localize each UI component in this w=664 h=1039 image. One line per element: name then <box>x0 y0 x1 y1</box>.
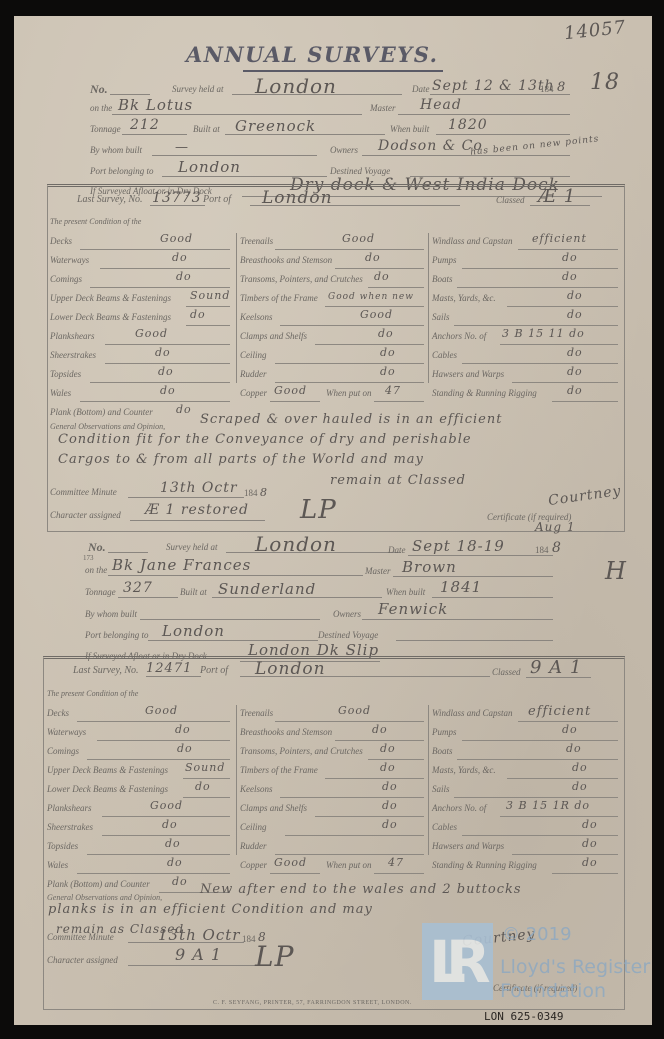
survey-held-value-2: London <box>255 532 337 556</box>
initials-2: LP <box>255 940 294 973</box>
sheerstrakes-label: Sheerstrakes <box>50 350 96 360</box>
character-assigned-value: Æ 1 restored <box>145 502 249 518</box>
document-title: ANNUAL SURVEYS. <box>186 42 438 67</box>
clamps-label: Clamps and Shelfs <box>240 331 307 341</box>
windlass-value: efficient <box>532 232 587 245</box>
port-of-value: London <box>262 188 333 208</box>
master-value: Head <box>420 97 462 113</box>
cables-label: Cables <box>432 350 457 360</box>
lower-deck-beams-label-2: Lower Deck Beams & Fastenings <box>47 784 168 794</box>
no-value-2: 173 <box>83 554 94 562</box>
anchors-value-2: 3 B 15 1R do <box>506 799 590 812</box>
plankshears-label: Plankshears <box>50 331 95 341</box>
copper-when-value: 47 <box>385 384 401 397</box>
copper-when-label: When put on <box>326 388 372 398</box>
owners-value: Dodson & Co <box>378 138 483 154</box>
masts-label-2: Masts, Yards, &c. <box>432 765 496 775</box>
decks-value: Good <box>160 232 193 245</box>
watermark-line-2: Foundation <box>500 980 606 1002</box>
comings-value-2: do <box>177 742 193 755</box>
topsides-value: do <box>158 365 174 378</box>
breasthooks-value-2: do <box>372 723 388 736</box>
rigging-value-2: do <box>582 856 598 869</box>
classed-label: Classed <box>496 195 525 205</box>
built-at-label-2: Built at <box>180 587 207 597</box>
breasthooks-label-2: Breasthooks and Stemson <box>240 727 332 737</box>
on-the-label: on the <box>90 103 112 113</box>
port-of-value-2: London <box>255 659 326 679</box>
no-label-2: No. <box>88 540 106 555</box>
transoms-label: Transoms, Pointers, and Crutches <box>240 274 363 284</box>
rigging-label: Standing & Running Rigging <box>432 388 537 398</box>
by-whom-built-label-2: By whom built <box>85 609 137 619</box>
timbers-value-2: do <box>380 761 396 774</box>
windlass-label: Windlass and Capstan <box>432 236 513 246</box>
copper-label-2: Copper <box>240 860 267 870</box>
tonnage-label: Tonnage <box>90 124 121 134</box>
master-value-2: Brown <box>402 558 457 576</box>
lr-logo-icon: L R <box>422 923 493 1000</box>
by-whom-built-value: — <box>175 140 189 155</box>
date-label: Date <box>412 84 430 94</box>
hawsers-value-2: do <box>582 837 598 850</box>
decks-value-2: Good <box>145 704 178 717</box>
rudder-label: Rudder <box>240 369 267 379</box>
comings-label: Comings <box>50 274 82 284</box>
port-belonging-label: Port belonging to <box>90 166 154 176</box>
last-survey-label-2: Last Survey, No. <box>73 665 139 676</box>
observation-line-1: Scraped & over hauled is in an efficient <box>200 412 502 427</box>
plank-bottom-label-2: Plank (Bottom) and Counter <box>47 879 150 889</box>
committee-minute-value-2: 13th Octr <box>158 926 240 944</box>
topsides-label-2: Topsides <box>47 841 78 851</box>
ceiling-label-2: Ceiling <box>240 822 267 832</box>
when-built-label-2: When built <box>386 587 425 597</box>
classed-label-2: Classed <box>492 667 521 677</box>
port-belonging-value: London <box>178 158 241 176</box>
watermark-line-1: Lloyd's Register <box>500 956 650 978</box>
anchors-value: 3 B 15 11 do <box>502 327 585 340</box>
port-of-label-2: Port of <box>200 665 228 676</box>
tonnage-value: 212 <box>130 117 160 133</box>
boats-label-2: Boats <box>432 746 453 756</box>
transoms-label-2: Transoms, Pointers, and Crutches <box>240 746 363 756</box>
clamps-value: do <box>378 327 394 340</box>
port-belonging-value-2: London <box>162 622 225 640</box>
side-mark-2: H <box>605 557 627 585</box>
decks-label: Decks <box>50 236 72 246</box>
committee-year-suffix: 8 <box>260 486 268 499</box>
breasthooks-value: do <box>365 251 381 264</box>
sails-value-2: do <box>572 780 588 793</box>
boats-value-2: do <box>566 742 582 755</box>
destined-voyage-label-2: Destined Voyage <box>318 630 378 640</box>
survey-held-value: London <box>255 74 337 98</box>
treenails-value: Good <box>342 232 375 245</box>
upper-deck-beams-value: Sound <box>190 289 230 302</box>
hawsers-label: Hawsers and Warps <box>432 369 504 379</box>
clamps-label-2: Clamps and Shelfs <box>240 803 307 813</box>
watermark-copyright: © 2019 <box>502 924 572 945</box>
lr-logo-letter-r: R <box>446 929 491 995</box>
owners-label-2: Owners <box>333 609 361 619</box>
observation-line-2: Condition fit for the Conveyance of dry … <box>58 432 472 447</box>
masts-value-2: do <box>572 761 588 774</box>
lower-deck-beams-value-2: do <box>195 780 211 793</box>
boats-label: Boats <box>432 274 453 284</box>
committee-minute-label-2: Committee Minute <box>47 932 114 942</box>
side-mark: 18 <box>590 70 620 95</box>
ceiling-value: do <box>380 346 396 359</box>
built-at-value-2: Sunderland <box>218 580 316 598</box>
survey-held-label: Survey held at <box>172 84 223 94</box>
masts-value: do <box>567 289 583 302</box>
printer-imprint: C. F. SEYFANG, PRINTER, 57, FARRINGDON S… <box>213 1000 412 1006</box>
topsides-label: Topsides <box>50 369 81 379</box>
pumps-label: Pumps <box>432 255 457 265</box>
plankshears-value-2: Good <box>150 799 183 812</box>
cables-value: do <box>567 346 583 359</box>
observation-line-2-2: planks is in an efficient Condition and … <box>48 902 373 917</box>
last-survey-value: 13773 <box>152 190 202 206</box>
rigging-value: do <box>567 384 583 397</box>
initials: LP <box>300 495 337 525</box>
built-at-label: Built at <box>193 124 220 134</box>
sheerstrakes-label-2: Sheerstrakes <box>47 822 93 832</box>
present-condition-label-2: The present Condition of the <box>47 689 138 698</box>
plank-bottom-value: do <box>176 403 192 416</box>
year-prefix-2: 184 <box>535 545 549 555</box>
wales-value-2: do <box>167 856 183 869</box>
pumps-value-2: do <box>562 723 578 736</box>
wales-label-2: Wales <box>47 860 68 870</box>
waterways-label: Waterways <box>50 255 89 265</box>
treenails-label-2: Treenails <box>240 708 273 718</box>
tonnage-value-2: 327 <box>123 580 153 596</box>
wales-label: Wales <box>50 388 71 398</box>
observation-line-1-2: New after end to the wales and 2 buttock… <box>200 882 522 897</box>
master-label: Master <box>370 103 396 113</box>
plankshears-value: Good <box>135 327 168 340</box>
when-built-label: When built <box>390 124 429 134</box>
port-of-label: Port of <box>203 194 231 205</box>
waterways-value: do <box>172 251 188 264</box>
on-the-label-2: on the <box>85 565 107 575</box>
observations-label: General Observations and Opinion, <box>50 422 165 431</box>
observation-line-4: remain at Classed <box>330 473 466 488</box>
when-built-value-2: 1841 <box>440 578 482 596</box>
observations-label-2: General Observations and Opinion, <box>47 893 162 902</box>
year-suffix: 8 <box>557 80 566 95</box>
character-assigned-label: Character assigned <box>50 510 121 520</box>
upper-deck-beams-label-2: Upper Deck Beams & Fastenings <box>47 765 168 775</box>
keelsons-value-2: do <box>382 780 398 793</box>
anchors-label: Anchors No. of <box>432 331 486 341</box>
observation-line-3: Cargos to & from all parts of the World … <box>58 452 424 467</box>
decks-label-2: Decks <box>47 708 69 718</box>
copper-value: Good <box>274 384 307 397</box>
owners-value-2: Fenwick <box>378 600 448 618</box>
copper-when-label-2: When put on <box>326 860 372 870</box>
when-built-value: 1820 <box>448 117 488 133</box>
topsides-value-2: do <box>165 837 181 850</box>
year-suffix-2: 8 <box>552 540 562 556</box>
master-label-2: Master <box>365 566 391 576</box>
cables-value-2: do <box>582 818 598 831</box>
waterways-label-2: Waterways <box>47 727 86 737</box>
timbers-value: Good when new <box>328 292 414 302</box>
copper-when-value-2: 47 <box>388 856 404 869</box>
upper-deck-beams-value-2: Sound <box>185 761 225 774</box>
waterways-value-2: do <box>175 723 191 736</box>
classed-value-2: 9 A 1 <box>530 657 582 678</box>
tonnage-label-2: Tonnage <box>85 587 116 597</box>
sails-label: Sails <box>432 312 450 322</box>
date-value-2: Sept 18-19 <box>412 537 505 555</box>
comings-label-2: Comings <box>47 746 79 756</box>
plank-bottom-value-2: do <box>172 875 188 888</box>
wales-value: do <box>160 384 176 397</box>
sails-label-2: Sails <box>432 784 450 794</box>
treenails-value-2: Good <box>338 704 371 717</box>
keelsons-label: Keelsons <box>240 312 273 322</box>
rigging-label-2: Standing & Running Rigging <box>432 860 537 870</box>
sails-value: do <box>567 308 583 321</box>
masts-label: Masts, Yards, &c. <box>432 293 496 303</box>
treenails-label: Treenails <box>240 236 273 246</box>
committee-minute-label: Committee Minute <box>50 487 117 497</box>
anchors-label-2: Anchors No. of <box>432 803 486 813</box>
hawsers-label-2: Hawsers and Warps <box>432 841 504 851</box>
present-condition-label: The present Condition of the <box>50 217 141 226</box>
windlass-label-2: Windlass and Capstan <box>432 708 513 718</box>
lower-deck-beams-value: do <box>190 308 206 321</box>
ship-name: Bk Lotus <box>118 96 193 114</box>
hawsers-value: do <box>567 365 583 378</box>
transoms-value-2: do <box>380 742 396 755</box>
built-at-value: Greenock <box>235 117 316 135</box>
transoms-value: do <box>374 270 390 283</box>
ceiling-label: Ceiling <box>240 350 267 360</box>
pumps-label-2: Pumps <box>432 727 457 737</box>
character-assigned-value-2: 9 A 1 <box>175 945 222 964</box>
boats-value: do <box>562 270 578 283</box>
timbers-label-2: Timbers of the Frame <box>240 765 318 775</box>
character-assigned-label-2: Character assigned <box>47 955 118 965</box>
ship-name-2: Bk Jane Frances <box>112 556 251 574</box>
keelsons-label-2: Keelsons <box>240 784 273 794</box>
reference-stamp: LON 625-0349 <box>484 1010 563 1023</box>
year-prefix: 184 <box>540 84 554 94</box>
committee-minute-value: 13th Octr <box>160 480 238 496</box>
rudder-label-2: Rudder <box>240 841 267 851</box>
ceiling-value-2: do <box>382 818 398 831</box>
lower-deck-beams-label: Lower Deck Beams & Fastenings <box>50 312 171 322</box>
upper-deck-beams-label: Upper Deck Beams & Fastenings <box>50 293 171 303</box>
committee-year-prefix-2: 184 <box>242 934 256 944</box>
last-survey-value-2: 12471 <box>146 661 192 676</box>
title-underline <box>243 70 443 72</box>
port-belonging-label-2: Port belonging to <box>85 630 149 640</box>
pumps-value: do <box>562 251 578 264</box>
no-label: No. <box>90 82 108 97</box>
by-whom-built-label: By whom built <box>90 145 142 155</box>
plank-bottom-label: Plank (Bottom) and Counter <box>50 407 153 417</box>
plankshears-label-2: Plankshears <box>47 803 92 813</box>
sheerstrakes-value-2: do <box>162 818 178 831</box>
date-label-2: Date <box>388 545 406 555</box>
date-note: Aug 1 <box>535 520 576 534</box>
survey-held-label-2: Survey held at <box>166 542 217 552</box>
breasthooks-label: Breasthooks and Stemson <box>240 255 332 265</box>
copper-label: Copper <box>240 388 267 398</box>
rudder-value: do <box>380 365 396 378</box>
owners-label: Owners <box>330 145 358 155</box>
date-value: Sept 12 & 13th <box>432 78 555 94</box>
timbers-label: Timbers of the Frame <box>240 293 318 303</box>
copper-value-2: Good <box>274 856 307 869</box>
clamps-value-2: do <box>382 799 398 812</box>
classed-value: Æ 1 <box>538 186 576 207</box>
comings-value: do <box>176 270 192 283</box>
keelsons-value: Good <box>360 308 393 321</box>
committee-year-prefix: 184 <box>244 488 258 498</box>
last-survey-label: Last Survey, No. <box>77 194 143 205</box>
windlass-value-2: efficient <box>528 704 591 719</box>
sheerstrakes-value: do <box>155 346 171 359</box>
cables-label-2: Cables <box>432 822 457 832</box>
